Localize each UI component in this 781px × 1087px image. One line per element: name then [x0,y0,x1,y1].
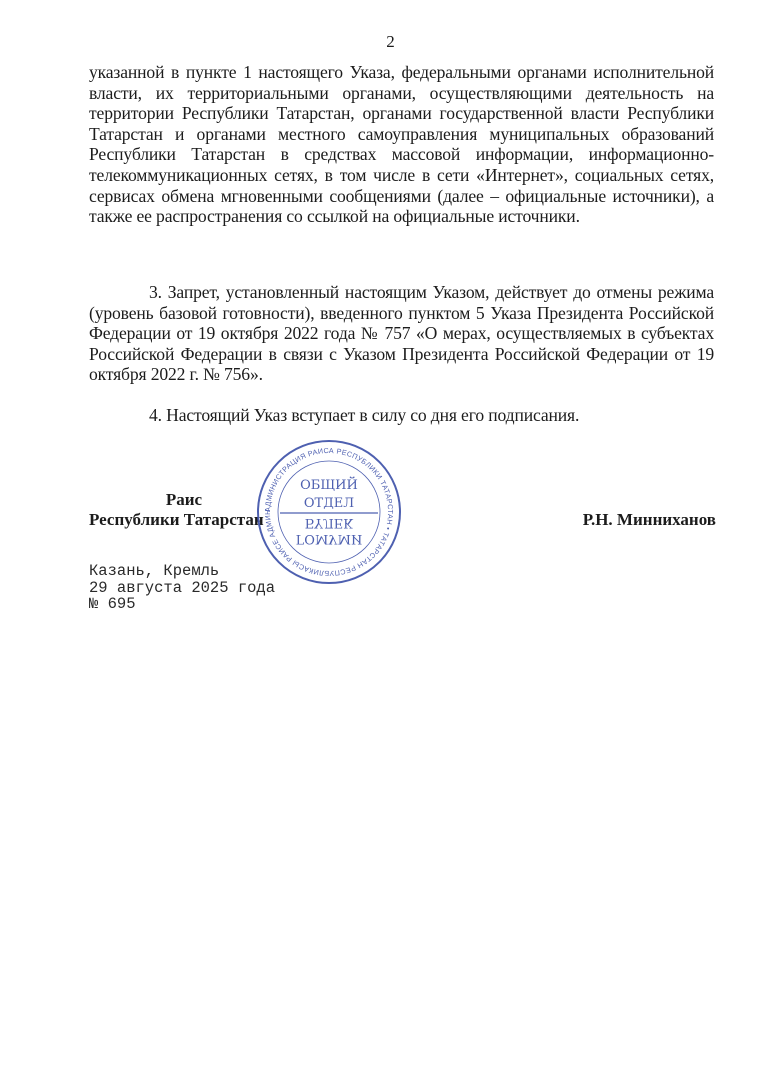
date: 29 августа 2025 года [89,580,275,597]
paragraph-text: 3. Запрет, установленный настоящим Указо… [89,282,714,385]
paragraph-item-4: 4. Настоящий Указ вступает в силу со дня… [89,405,714,426]
place-date-block: Казань, Кремль 29 августа 2025 года № 69… [89,563,275,613]
place: Казань, Кремль [89,563,275,580]
paragraph-text: указанной в пункте 1 настоящего Указа, ф… [89,62,714,227]
document-page: 2 указанной в пункте 1 настоящего Указа,… [0,0,781,1087]
stamp-line2: ОТДЕЛ [304,496,354,511]
signatory-name: Р.Н. Минниханов [560,510,716,530]
paragraph-continuation: указанной в пункте 1 настоящего Указа, ф… [89,62,714,227]
stamp-line3: БҮЛЕК [305,515,354,530]
signatory-title-line2: Республики Татарстан [89,510,264,529]
official-seal-stamp: АДМИНИСТРАЦИЯ РАИСА РЕСПУБЛИКИ ТАТАРСТАН… [256,439,402,585]
paragraph-item-3: 3. Запрет, установленный настоящим Указо… [89,282,714,385]
stamp-line1: ОБЩИЙ [300,476,358,493]
page-number: 2 [0,32,781,52]
stamp-line4: ГОМУМИ [296,531,363,546]
decree-number: № 695 [89,596,275,613]
paragraph-text: 4. Настоящий Указ вступает в силу со дня… [89,405,714,426]
